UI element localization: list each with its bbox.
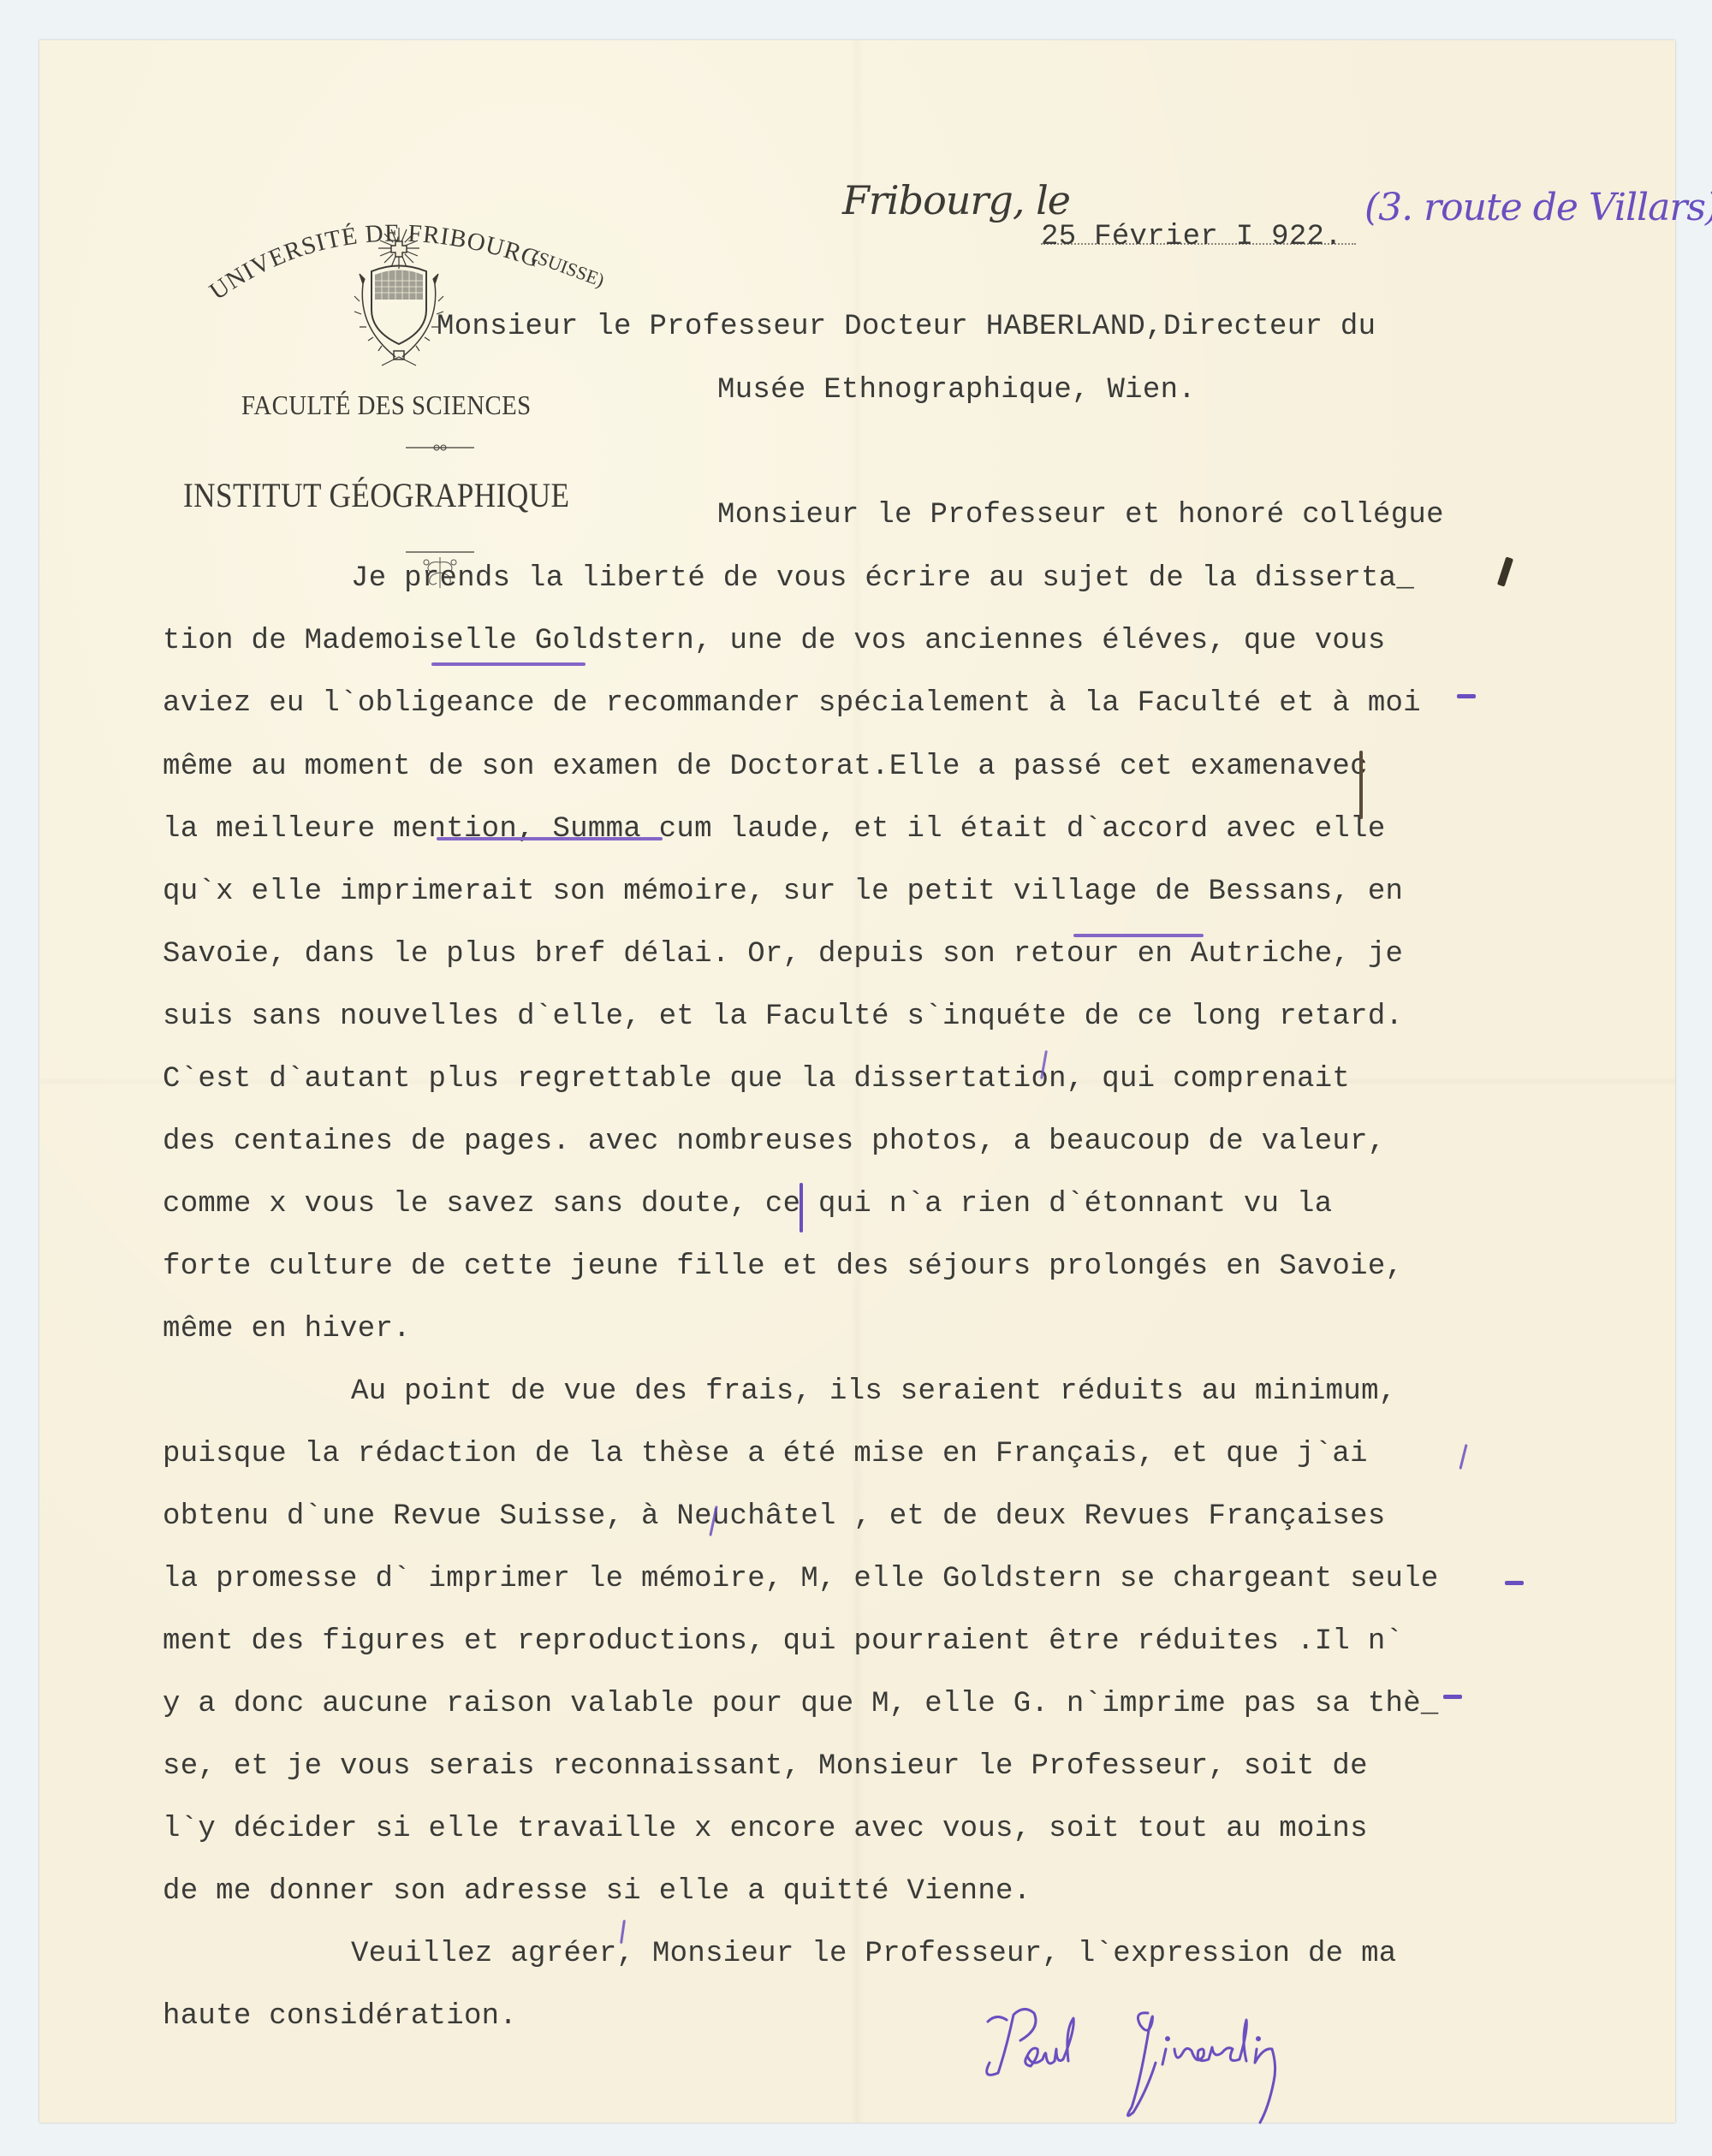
body-line: tion de Mademoiselle Goldstern, une de v…	[163, 627, 1386, 656]
word-separator-mark	[1359, 751, 1363, 819]
underline-summa-cum-laude	[437, 837, 663, 840]
body-line: de me donner son adresse si elle a quitt…	[163, 1877, 1031, 1906]
underline-bessans	[1073, 934, 1204, 937]
body-line: puisque la rédaction de la thèse a été m…	[163, 1440, 1368, 1469]
handwritten-address: (3. route de Villars)	[1364, 186, 1712, 229]
body-line: suis sans nouvelles d`elle, et la Facult…	[163, 1002, 1403, 1031]
body-line: obtenu d`une Revue Suisse, à Neuchâtel ,…	[163, 1502, 1386, 1531]
body-line: Savoie, dans le plus bref délai. Or, dep…	[163, 940, 1403, 969]
body-line: la promesse d` imprimer le mémoire, M, e…	[163, 1565, 1439, 1594]
university-country: (SUISSE)	[529, 245, 607, 291]
word-separator-mark	[800, 1183, 803, 1232]
body-line: comme x vous le savez sans doute, ce qui…	[163, 1190, 1332, 1219]
body-line: même en hiver.	[163, 1315, 411, 1344]
correction-comma-mark	[1497, 556, 1513, 586]
body-line: la meilleure mention, Summa cum laude, e…	[163, 815, 1386, 844]
body-line: des centaines de pages. avec nombreuses …	[163, 1127, 1386, 1156]
underline-goldstern	[431, 662, 586, 666]
body-line: y a donc aucune raison valable pour que …	[163, 1690, 1439, 1719]
body-line: ment des figures et reproductions, qui p…	[163, 1627, 1403, 1656]
divider-ornament	[389, 442, 491, 453]
body-line: Au point de vue des frais, ils seraient …	[351, 1377, 1397, 1406]
hyphen-mark	[1443, 1695, 1462, 1699]
body-line: l`y décider si elle travaille x encore a…	[163, 1814, 1368, 1844]
body-line: même au moment de son examen de Doctorat…	[163, 752, 1368, 781]
hyphen-mark	[1505, 1581, 1524, 1585]
signature-paul-girardin: Paul Girardin	[972, 1996, 1418, 2124]
letter-page: UNIVERSITÉ DE FRIBOURG (SUISSE)	[39, 40, 1675, 2123]
salutation: Monsieur le Professeur et honoré collégu…	[717, 501, 1444, 530]
body-line: haute considération.	[163, 2002, 517, 2031]
body-line: se, et je vous serais reconnaissant, Mon…	[163, 1752, 1368, 1781]
faculty-name: FACULTÉ DES SCIENCES	[241, 389, 532, 421]
body-line: aviez eu l`obligeance de recommander spé…	[163, 689, 1421, 718]
body-line: qu`x elle imprimerait son mémoire, sur l…	[163, 877, 1403, 906]
accent-mark	[1459, 1444, 1467, 1470]
body-line: forte culture de cette jeune fille et de…	[163, 1252, 1403, 1281]
recipient-line-1: Monsieur le Professeur Docteur HABERLAND…	[437, 312, 1376, 342]
recipient-line-2: Musée Ethnographique, Wien.	[717, 376, 1196, 405]
body-line: Je prends la liberté de vous écrire au s…	[351, 564, 1414, 593]
hyphen-mark	[1457, 694, 1476, 698]
body-line: C`est d`autant plus regrettable que la d…	[163, 1065, 1350, 1094]
svg-text:(SUISSE): (SUISSE)	[529, 245, 607, 291]
dateline-place: Fribourg, le	[842, 177, 1070, 223]
letter-date: 25 Février I 922.	[1041, 223, 1342, 252]
institute-name: INSTITUT GÉOGRAPHIQUE	[183, 475, 569, 515]
body-line: Veuillez agréer, Monsieur le Professeur,…	[351, 1939, 1397, 1969]
crest-icon	[348, 224, 450, 370]
